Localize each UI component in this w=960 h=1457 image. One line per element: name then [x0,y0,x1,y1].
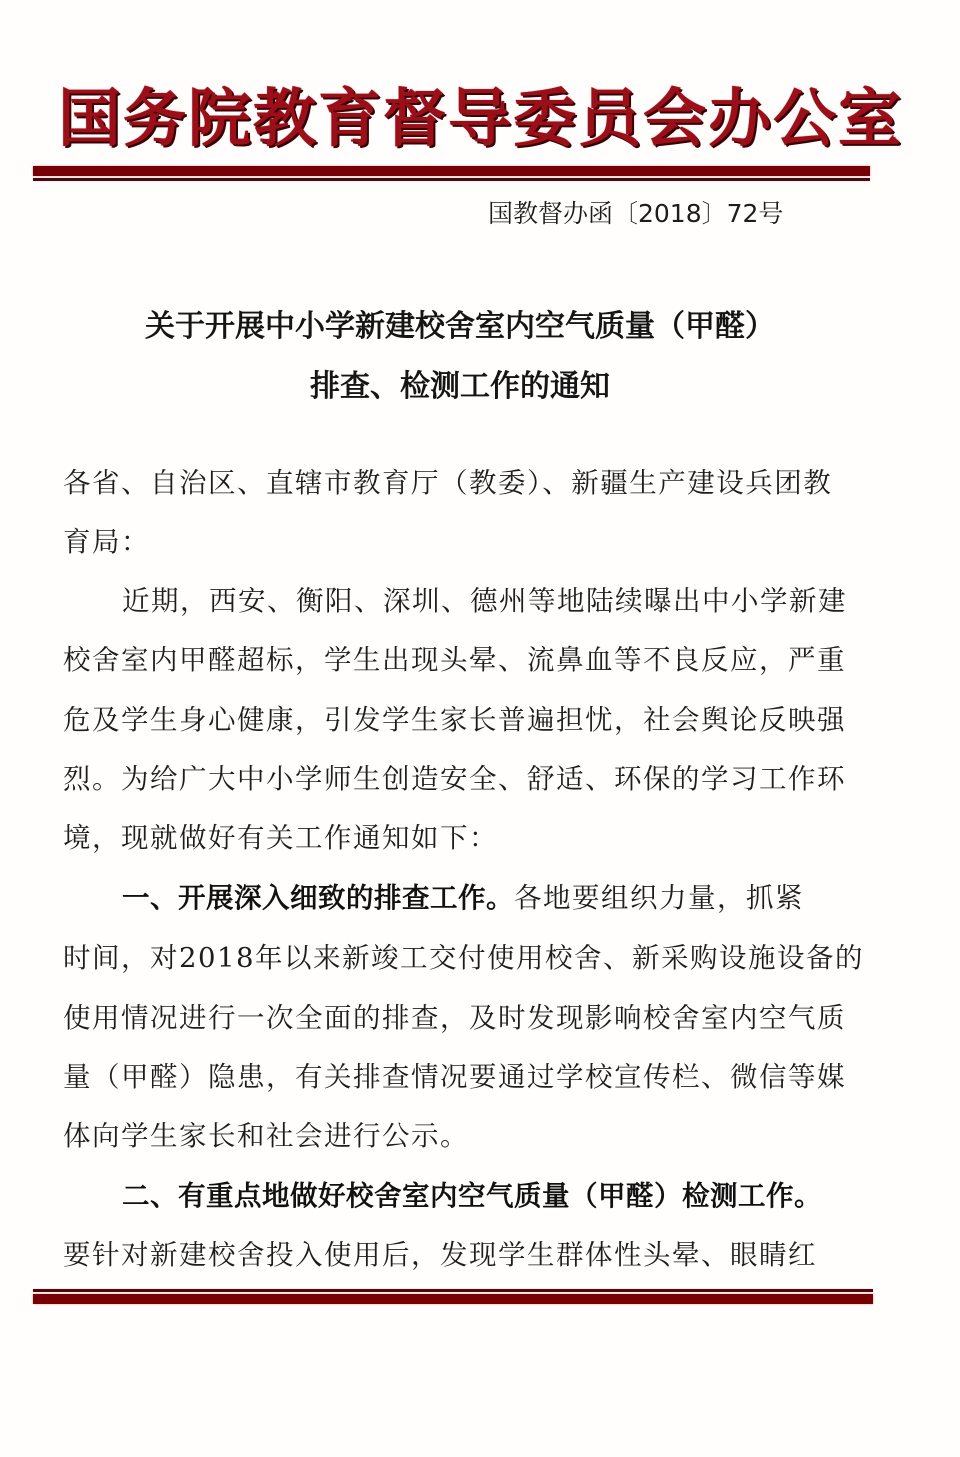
section-1-first-line: 一、开展深入细致的排查工作。各地要组织力量，抓紧 [122,878,922,918]
footer-rule-thin [33,1289,873,1292]
section-1-line-3: 使用情况进行一次全面的排查，及时发现影响校舍室内空气质 [63,998,863,1038]
addressee-line-1: 各省、自治区、直辖市教育厅（教委）、新疆生产建设兵团教 [63,463,863,503]
section-2-heading: 二、有重点地做好校舍室内空气质量（甲醛）检测工作。 [122,1180,822,1212]
document-page: 国务院教育督导委员会办公室 国教督办函〔2018〕72号 关于开展中小学新建校舍… [0,0,960,1457]
section-1-heading: 一、开展深入细致的排查工作。 [122,882,514,914]
intro-line-2: 校舍室内甲醛超标，学生出现头晕、流鼻血等不良反应，严重 [63,640,863,680]
section-2-line-2: 要针对新建校舍投入使用后，发现学生群体性头晕、眼睛红 [63,1235,863,1275]
section-2-first-line: 二、有重点地做好校舍室内空气质量（甲醛）检测工作。 [122,1176,922,1216]
notice-title-line-2: 排查、检测工作的通知 [60,367,860,407]
section-1-first-line-text: 各地要组织力量，抓紧 [514,882,804,914]
notice-title-line-1: 关于开展中小学新建校舍室内空气质量（甲醛） [60,307,860,347]
addressee-line-2: 育局： [63,522,863,562]
intro-line-5: 境，现就做好有关工作通知如下： [63,818,863,858]
letterhead-top-rule-thick [33,166,870,176]
document-number: 国教督办函〔2018〕72号 [488,196,848,232]
intro-line-3: 危及学生身心健康，引发学生家长普遍担忧，社会舆论反映强 [63,700,863,740]
section-1-line-4: 量（甲醛）隐患，有关排查情况要通过学校宣传栏、微信等媒 [63,1057,863,1097]
section-1-line-5: 体向学生家长和社会进行公示。 [63,1116,863,1156]
intro-line-4: 烈。为给广大中小学师生创造安全、舒适、环保的学习工作环 [63,759,863,799]
intro-line-1: 近期，西安、衡阳、深圳、德州等地陆续曝出中小学新建 [122,581,922,621]
organization-letterhead-title: 国务院教育督导委员会办公室 [58,78,858,158]
footer-rule-thick [33,1294,873,1304]
section-1-line-2: 时间，对2018年以来新竣工交付使用校舍、新采购设施设备的 [63,938,863,978]
letterhead-top-rule-thin [33,178,870,181]
